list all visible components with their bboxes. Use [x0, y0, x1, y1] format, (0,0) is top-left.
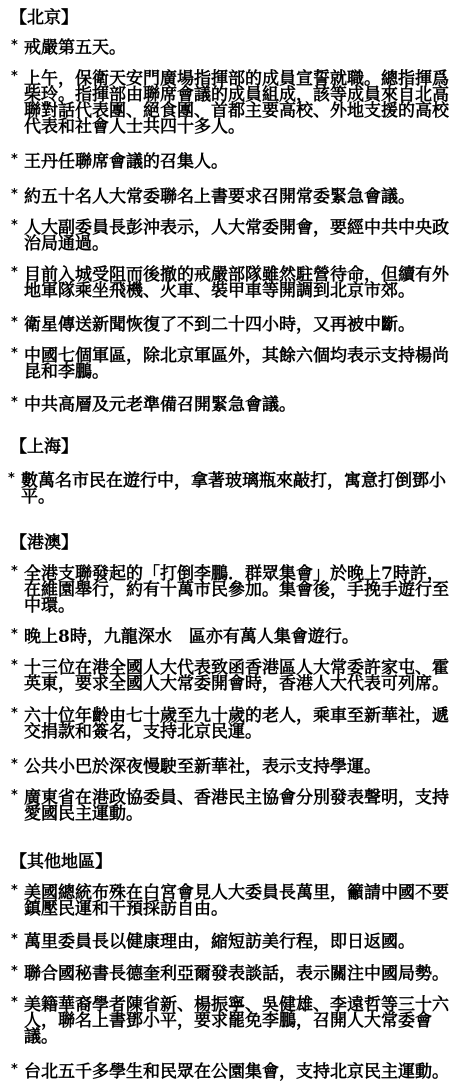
- news-item: *目前入城受阻而後撤的戒嚴部隊雖然駐營待命，但續有外地軍隊乘坐飛機、火車、裝甲車…: [24, 267, 452, 299]
- news-item: *六十位年齡由七十歲至九十歲的老人，乘車至新華社，遞交捐款和簽名，支持北京民運。: [24, 708, 452, 740]
- news-item-text: 數萬名市民在遊行中，拿著玻璃瓶來敲打，寓意打倒鄧小平。: [21, 471, 446, 507]
- bullet-asterisk-icon: *: [11, 757, 18, 773]
- news-item-text: 聯合國秘書長德奎利亞爾發表談話，表示關注中國局勢。: [24, 964, 449, 984]
- bullet-asterisk-icon: *: [11, 346, 18, 362]
- news-item: *美國總統布殊在白宮會見人大委員長萬里，籲請中國不要鎮壓民運和干預採訪自由。: [24, 885, 452, 917]
- news-item: *中國七個軍區，除北京軍區外，其餘六個均表示支持楊尚昆和李鵬。: [24, 348, 452, 380]
- bullet-asterisk-icon: *: [11, 995, 18, 1011]
- news-item-text: 六十位年齡由七十歲至九十歲的老人，乘車至新華社，遞交捐款和簽名，支持北京民運。: [24, 706, 449, 742]
- bullet-asterisk-icon: *: [11, 218, 18, 234]
- news-item-text: 廣東省在港政協委員、香港民主協會分別發表聲明，支持愛國民主運動。: [24, 788, 449, 824]
- news-item-text: 美籍華裔學者陳省新、楊振寧、吳健雄、李遠哲等三十六人，聯名上書鄧小平，要求罷免李…: [24, 995, 449, 1047]
- bullet-asterisk-icon: *: [11, 627, 18, 643]
- section-title-beijing: 【北京】: [10, 10, 78, 26]
- news-item-text: 萬里委員長以健康理由，縮短訪美行程，即日返國。: [24, 932, 415, 952]
- bullet-asterisk-icon: *: [11, 658, 18, 674]
- section-title-other-regions: 【其他地區】: [10, 854, 112, 870]
- bullet-asterisk-icon: *: [11, 883, 18, 899]
- news-item-text: 全港支聯發起的「打倒李鵬．群眾集會」於晚上7時許，在維園舉行，約有十萬市民參加。…: [24, 564, 449, 616]
- bullet-asterisk-icon: *: [11, 187, 18, 203]
- bullet-asterisk-icon: *: [11, 315, 18, 331]
- news-item: *晚上8時，九龍深水 區亦有萬人集會遊行。: [24, 629, 452, 645]
- bullet-asterisk-icon: *: [11, 932, 18, 948]
- bullet-asterisk-icon: *: [11, 395, 18, 411]
- news-item: *公共小巴於深夜慢駛至新華社，表示支持學運。: [24, 759, 452, 775]
- news-item-text: 人大副委員長彭沖表示，人大常委開會，要經中共中央政治局通過。: [24, 218, 449, 254]
- news-item: *衛星傳送新聞恢復了不到二十四小時，又再被中斷。: [24, 317, 452, 333]
- news-item-text: 約五十名人大常委聯名上書要求召開常委緊急會議。: [24, 187, 415, 207]
- bullet-asterisk-icon: *: [11, 706, 18, 722]
- bullet-asterisk-icon: *: [11, 152, 18, 168]
- news-item: *約五十名人大常委聯名上書要求召開常委緊急會議。: [24, 189, 452, 205]
- news-item: *全港支聯發起的「打倒李鵬．群眾集會」於晚上7時許，在維園舉行，約有十萬市民參加…: [24, 566, 452, 614]
- news-item: *王丹任聯席會議的召集人。: [24, 154, 452, 170]
- news-item: *聯合國秘書長德奎利亞爾發表談話，表示關注中國局勢。: [24, 966, 452, 982]
- news-item: *十三位在港全國人大代表致函香港區人大常委許家屯、霍英東，要求全國人大常委開會時…: [24, 660, 452, 692]
- news-item-text: 十三位在港全國人大代表致函香港區人大常委許家屯、霍英東，要求全國人大常委開會時，…: [24, 658, 449, 694]
- bullet-asterisk-icon: *: [11, 265, 18, 281]
- news-item-text: 台北五千多學生和民眾在公園集會，支持北京民主運動。: [24, 1062, 449, 1082]
- news-item: *戒嚴第五天。: [24, 40, 452, 56]
- news-item: *美籍華裔學者陳省新、楊振寧、吳健雄、李遠哲等三十六人，聯名上書鄧小平，要求罷免…: [24, 997, 452, 1045]
- news-item-text: 中國七個軍區，除北京軍區外，其餘六個均表示支持楊尚昆和李鵬。: [24, 346, 449, 382]
- section-title-hongkong-macau: 【港澳】: [10, 535, 78, 551]
- news-item: *上午，保衛天安門廣場指揮部的成員宣誓就職。總指揮爲柴玲。指揮部由聯席會議的成員…: [24, 71, 452, 135]
- news-item: *台北五千多學生和民眾在公園集會，支持北京民主運動。: [24, 1064, 452, 1080]
- bullet-asterisk-icon: *: [11, 788, 18, 804]
- news-item: *中共高層及元老準備召開緊急會議。: [24, 397, 452, 413]
- bullet-asterisk-icon: *: [11, 1062, 18, 1078]
- news-item: *廣東省在港政協委員、香港民主協會分別發表聲明，支持愛國民主運動。: [24, 790, 452, 822]
- bullet-asterisk-icon: *: [11, 564, 18, 580]
- news-item: *數萬名市民在遊行中，拿著玻璃瓶來敲打，寓意打倒鄧小平。: [21, 473, 449, 505]
- bullet-asterisk-icon: *: [11, 964, 18, 980]
- news-item-text: 衛星傳送新聞恢復了不到二十四小時，又再被中斷。: [24, 315, 415, 335]
- news-item-text: 中共高層及元老準備召開緊急會議。: [24, 395, 296, 415]
- news-item-text: 戒嚴第五天。: [24, 38, 126, 58]
- news-item: *人大副委員長彭沖表示，人大常委開會，要經中共中央政治局通過。: [24, 220, 452, 252]
- bullet-asterisk-icon: *: [11, 38, 18, 54]
- news-item-text: 美國總統布殊在白宮會見人大委員長萬里，籲請中國不要鎮壓民運和干預採訪自由。: [24, 883, 449, 919]
- news-item-text: 目前入城受阻而後撤的戒嚴部隊雖然駐營待命，但續有外地軍隊乘坐飛機、火車、裝甲車等…: [24, 265, 449, 301]
- news-item-text: 上午，保衛天安門廣場指揮部的成員宣誓就職。總指揮爲柴玲。指揮部由聯席會議的成員組…: [24, 69, 449, 137]
- section-title-shanghai: 【上海】: [10, 439, 78, 455]
- news-item-text: 晚上8時，九龍深水 區亦有萬人集會遊行。: [24, 627, 359, 647]
- news-item: *萬里委員長以健康理由，縮短訪美行程，即日返國。: [24, 934, 452, 950]
- bullet-asterisk-icon: *: [8, 471, 15, 487]
- news-item-text: 王丹任聯席會議的召集人。: [24, 152, 228, 172]
- bullet-asterisk-icon: *: [11, 69, 18, 85]
- news-item-text: 公共小巴於深夜慢駛至新華社，表示支持學運。: [24, 757, 381, 777]
